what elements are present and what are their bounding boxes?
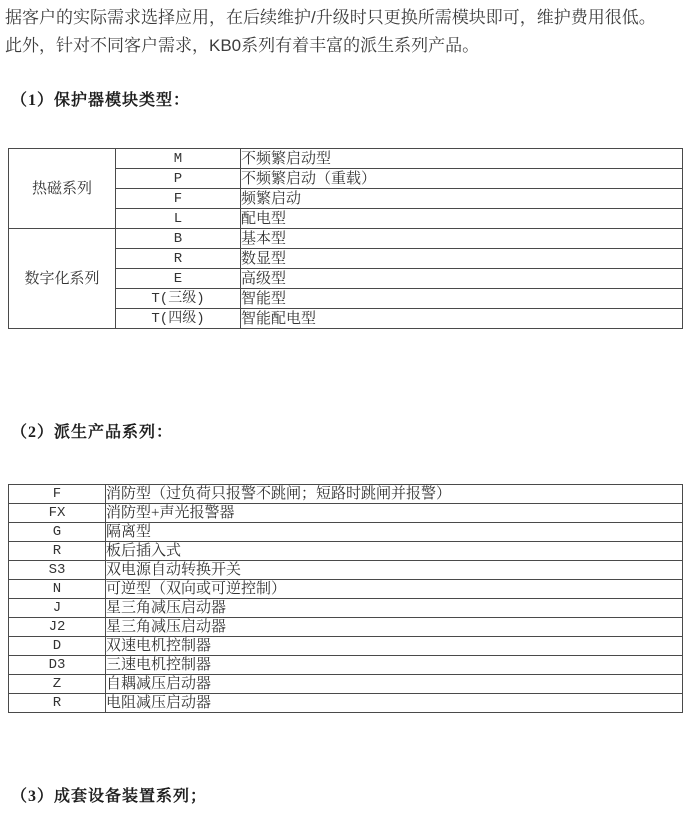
code-cell: J2 — [9, 618, 106, 637]
code-cell: N — [9, 580, 106, 599]
derived-products-table: F 消防型（过负荷只报警不跳闸；短路时跳闸并报警） FX 消防型+声光报警器 G… — [8, 484, 683, 713]
table-row: 热磁系列 M 不频繁启动型 — [9, 149, 683, 169]
code-cell: T(四级) — [116, 309, 241, 329]
desc-cell: 自耦减压启动器 — [106, 675, 683, 694]
code-cell: R — [116, 249, 241, 269]
table-row: R 电阻减压启动器 — [9, 694, 683, 713]
code-cell: E — [116, 269, 241, 289]
code-cell: Z — [9, 675, 106, 694]
code-cell: R — [9, 694, 106, 713]
desc-cell: 板后插入式 — [106, 542, 683, 561]
desc-cell: 数显型 — [241, 249, 683, 269]
desc-cell: 高级型 — [241, 269, 683, 289]
desc-cell: 智能配电型 — [241, 309, 683, 329]
desc-cell: 星三角减压启动器 — [106, 618, 683, 637]
table-row: D 双速电机控制器 — [9, 637, 683, 656]
desc-cell: 不频繁启动型 — [241, 149, 683, 169]
intro-line-1: 据客户的实际需求选择应用，在后续维护/升级时只更换所需模块即可，维护费用很低。 — [5, 4, 687, 32]
desc-cell: 配电型 — [241, 209, 683, 229]
code-cell: D — [9, 637, 106, 656]
table-row: N 可逆型（双向或可逆控制） — [9, 580, 683, 599]
code-cell: S3 — [9, 561, 106, 580]
intro-paragraph: 据客户的实际需求选择应用，在后续维护/升级时只更换所需模块即可，维护费用很低。 … — [5, 4, 687, 60]
desc-cell: 不频繁启动（重载） — [241, 169, 683, 189]
table-row: J2 星三角减压启动器 — [9, 618, 683, 637]
desc-cell: 星三角减压启动器 — [106, 599, 683, 618]
desc-cell: 三速电机控制器 — [106, 656, 683, 675]
code-cell: M — [116, 149, 241, 169]
table-row: 数字化系列 B 基本型 — [9, 229, 683, 249]
code-cell: F — [9, 485, 106, 504]
code-cell: L — [116, 209, 241, 229]
series-cell: 热磁系列 — [9, 149, 116, 229]
desc-cell: 消防型+声光报警器 — [106, 504, 683, 523]
table-row: S3 双电源自动转换开关 — [9, 561, 683, 580]
section-heading-protector-modules: （1）保护器模块类型： — [11, 87, 190, 110]
code-cell: B — [116, 229, 241, 249]
code-cell: R — [9, 542, 106, 561]
intro-line-2: 此外，针对不同客户需求，KB0系列有着丰富的派生系列产品。 — [5, 32, 687, 60]
desc-cell: 消防型（过负荷只报警不跳闸；短路时跳闸并报警） — [106, 485, 683, 504]
table-row: FX 消防型+声光报警器 — [9, 504, 683, 523]
desc-cell: 隔离型 — [106, 523, 683, 542]
section-heading-derived-products: （2）派生产品系列： — [11, 419, 173, 442]
desc-cell: 基本型 — [241, 229, 683, 249]
desc-cell: 电阻减压启动器 — [106, 694, 683, 713]
code-cell: FX — [9, 504, 106, 523]
table-row: J 星三角减压启动器 — [9, 599, 683, 618]
desc-cell: 双速电机控制器 — [106, 637, 683, 656]
code-cell: P — [116, 169, 241, 189]
desc-cell: 频繁启动 — [241, 189, 683, 209]
table-row: G 隔离型 — [9, 523, 683, 542]
desc-cell: 可逆型（双向或可逆控制） — [106, 580, 683, 599]
code-cell: T(三级) — [116, 289, 241, 309]
table-row: Z 自耦减压启动器 — [9, 675, 683, 694]
section-heading-complete-equipment: （3）成套设备装置系列； — [11, 783, 207, 806]
protector-module-table: 热磁系列 M 不频繁启动型 P 不频繁启动（重载） F 频繁启动 L 配电型 数… — [8, 148, 683, 329]
desc-cell: 双电源自动转换开关 — [106, 561, 683, 580]
table-row: R 板后插入式 — [9, 542, 683, 561]
desc-cell: 智能型 — [241, 289, 683, 309]
table-row: D3 三速电机控制器 — [9, 656, 683, 675]
code-cell: D3 — [9, 656, 106, 675]
code-cell: J — [9, 599, 106, 618]
code-cell: F — [116, 189, 241, 209]
code-cell: G — [9, 523, 106, 542]
series-cell: 数字化系列 — [9, 229, 116, 329]
table-row: F 消防型（过负荷只报警不跳闸；短路时跳闸并报警） — [9, 485, 683, 504]
